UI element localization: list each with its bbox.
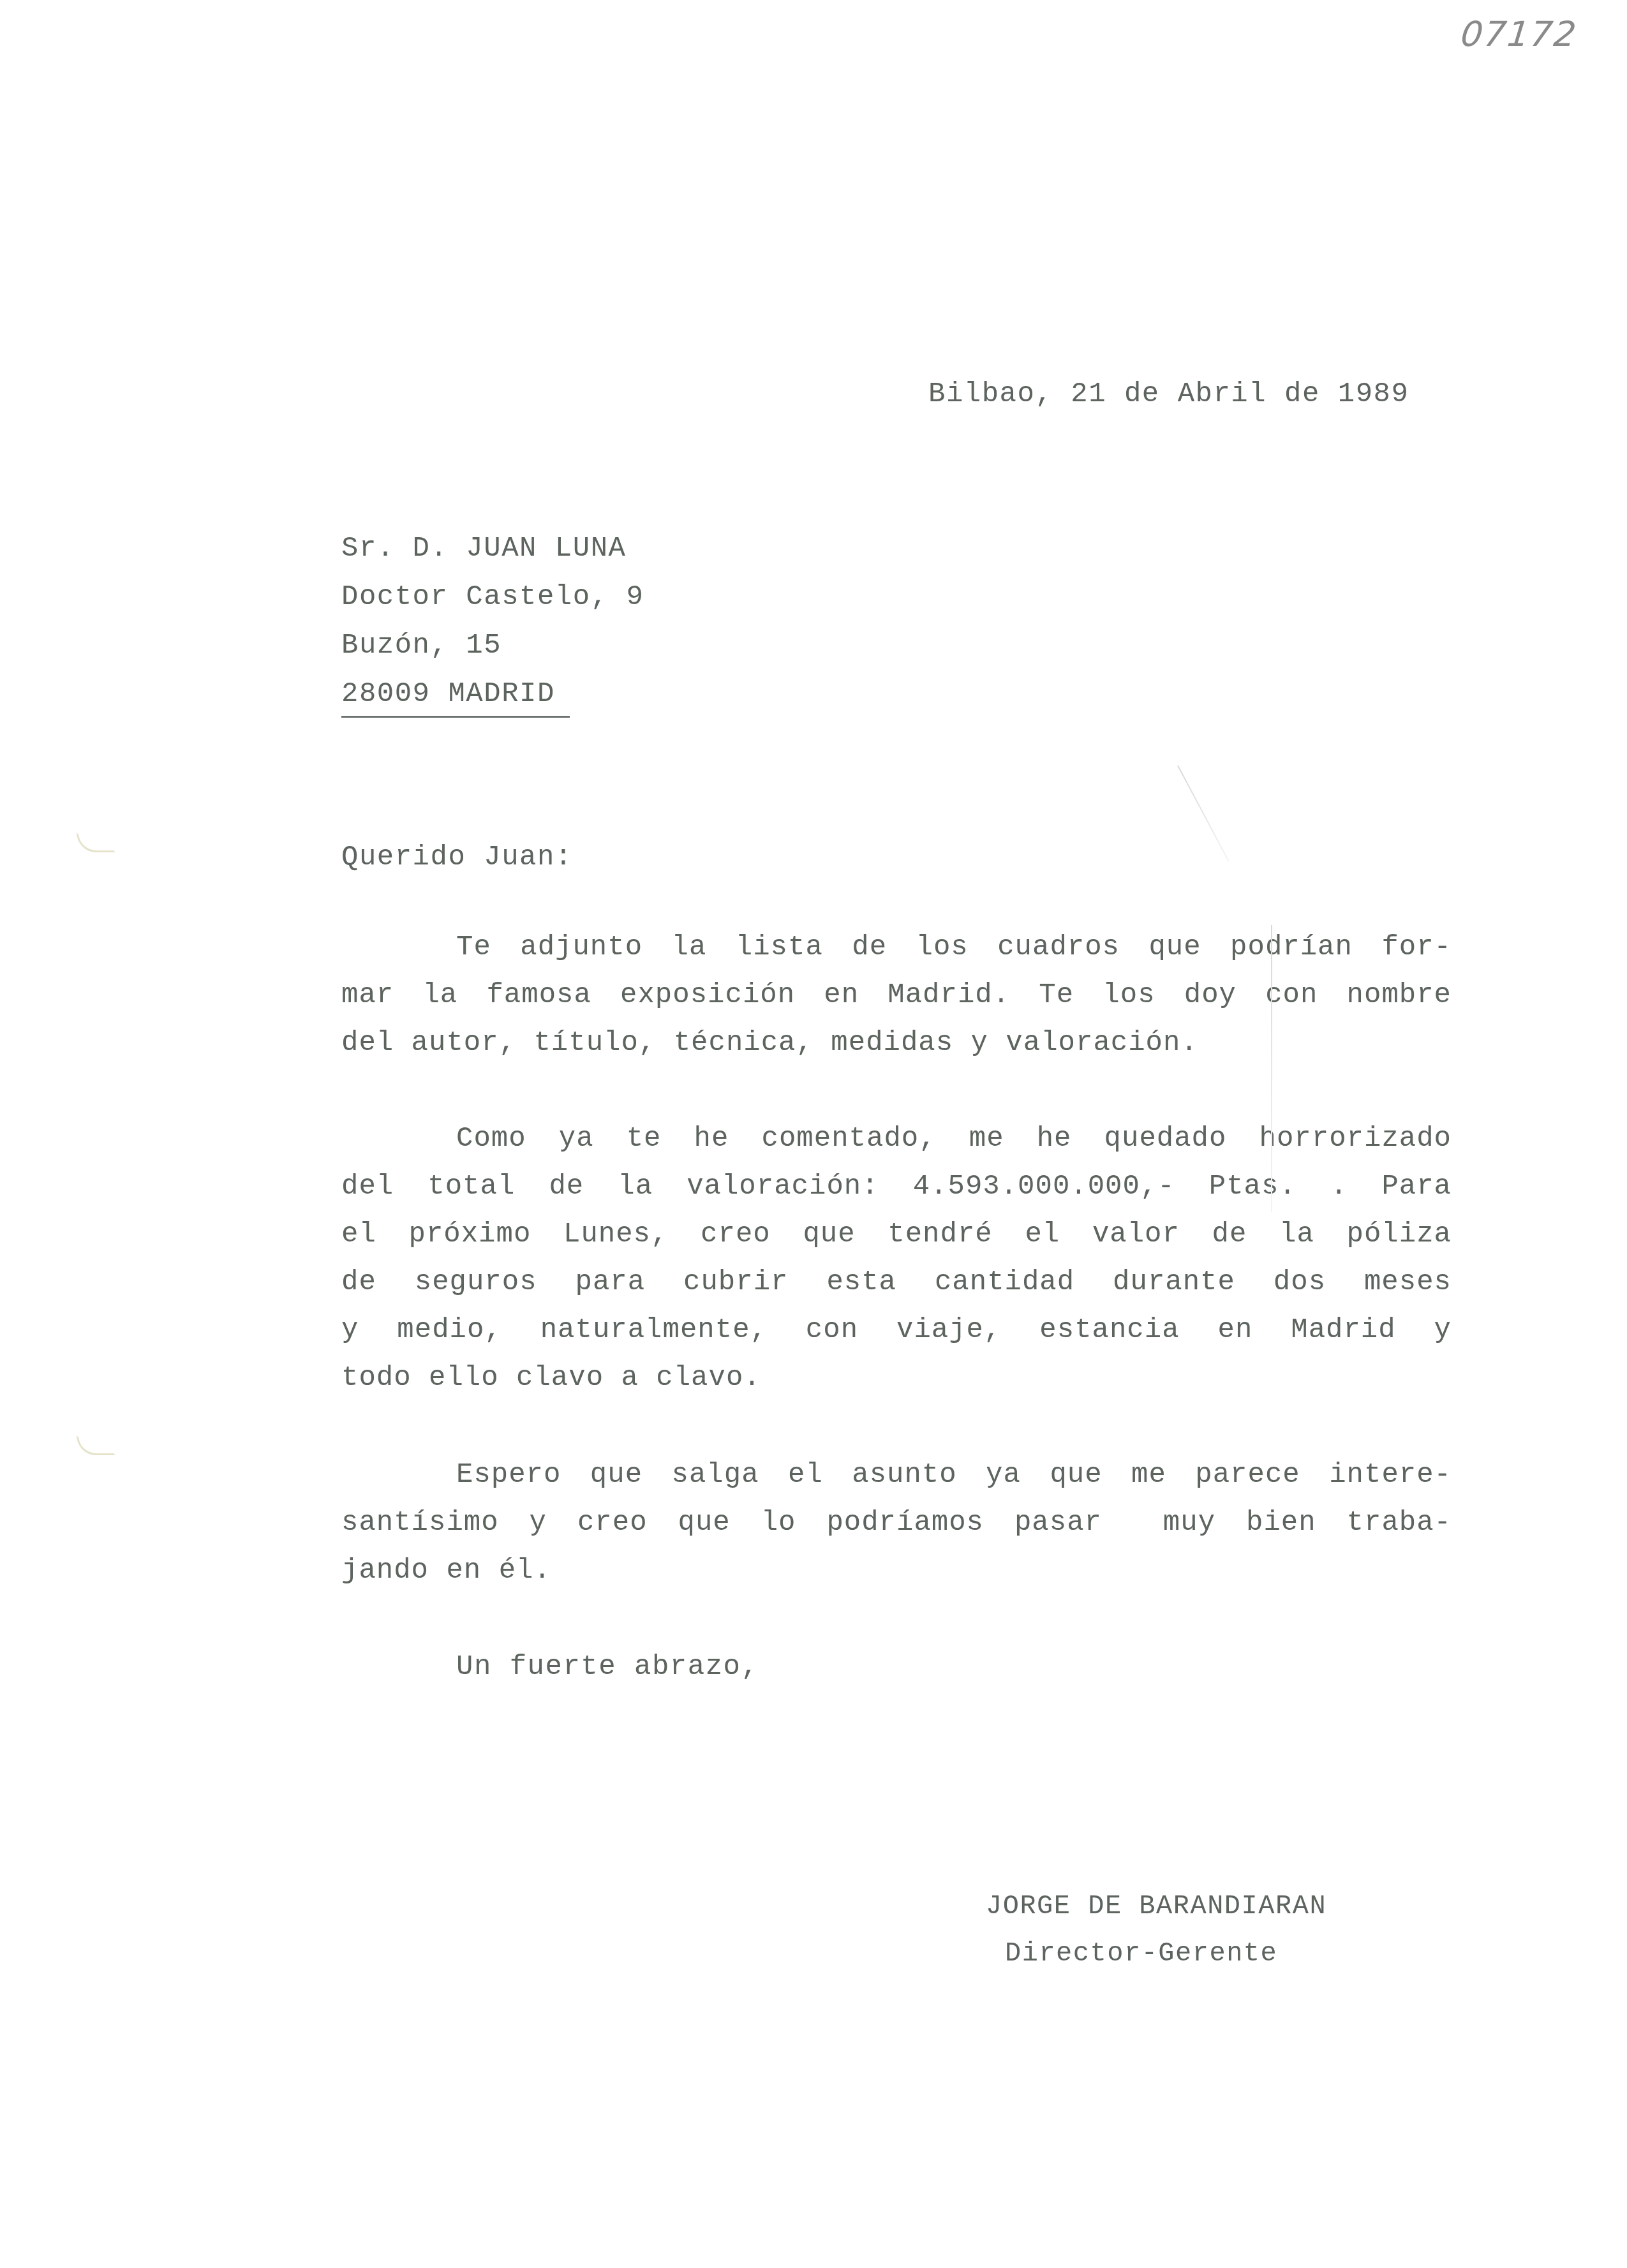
paragraph-line: santísimo y creo que lo podríamos pasar … xyxy=(341,1499,1452,1547)
body-paragraph-2: Como ya te he comentado, me he quedado h… xyxy=(341,1115,1452,1402)
salutation: Querido Juan: xyxy=(341,833,573,882)
paragraph-line: todo ello clavo a clavo. xyxy=(341,1354,1452,1402)
recipient-mailbox: Buzón, 15 xyxy=(341,621,501,670)
signature-name: JORGE DE BARANDIARAN xyxy=(986,1882,1326,1931)
recipient-street: Doctor Castelo, 9 xyxy=(341,573,644,621)
paragraph-line: mar la famosa exposición en Madrid. Te l… xyxy=(341,972,1452,1019)
paragraph-line: del total de la valoración: 4.593.000.00… xyxy=(341,1163,1452,1211)
city-underline xyxy=(341,716,570,718)
handwritten-archive-number: 07172 xyxy=(1459,14,1579,54)
closing: Un fuerte abrazo, xyxy=(456,1643,759,1691)
paper-crease xyxy=(1177,766,1230,862)
punch-hole-mark xyxy=(77,1435,115,1455)
paragraph-line: Espero que salga el asunto ya que me par… xyxy=(341,1451,1452,1499)
paragraph-line: del autor, título, técnica, medidas y va… xyxy=(341,1019,1452,1067)
paragraph-line: Como ya te he comentado, me he quedado h… xyxy=(341,1115,1452,1163)
recipient-name: Sr. D. JUAN LUNA xyxy=(341,524,626,573)
body-paragraph-1: Te adjunto la lista de los cuadros que p… xyxy=(341,924,1452,1067)
paragraph-line: el próximo Lunes, creo que tendré el val… xyxy=(341,1211,1452,1259)
paragraph-line: de seguros para cubrir esta cantidad dur… xyxy=(341,1259,1452,1307)
paragraph-line: Te adjunto la lista de los cuadros que p… xyxy=(341,924,1452,972)
recipient-city: 28009 MADRID xyxy=(341,670,555,718)
punch-hole-mark xyxy=(77,833,115,852)
paper-crease xyxy=(1271,925,1272,1212)
signature-title: Director-Gerente xyxy=(1005,1929,1277,1978)
place-date: Bilbao, 21 de Abril de 1989 xyxy=(928,370,1409,419)
body-paragraph-3: Espero que salga el asunto ya que me par… xyxy=(341,1451,1452,1595)
paragraph-line: y medio, naturalmente, con viaje, estanc… xyxy=(341,1307,1452,1354)
paragraph-line: jando en él. xyxy=(341,1547,1452,1595)
letter-page: 07172 Bilbao, 21 de Abril de 1989 Sr. D.… xyxy=(0,0,1627,2268)
